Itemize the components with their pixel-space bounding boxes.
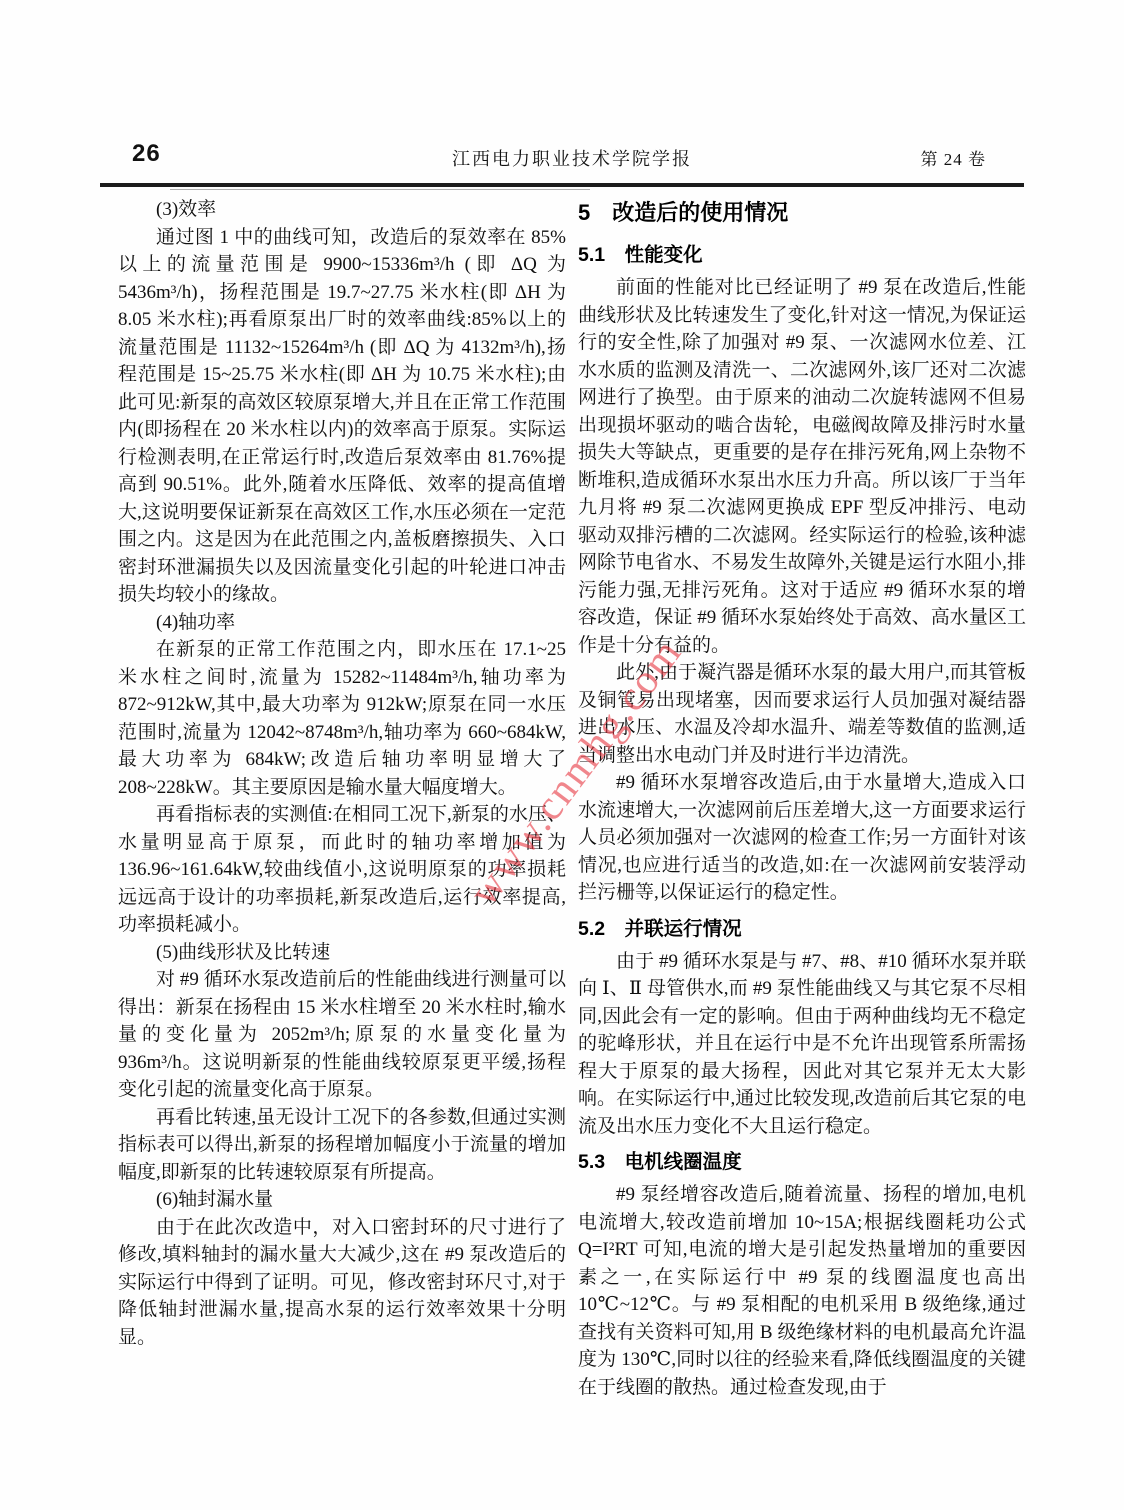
paragraph: 此外,由于凝汽器是循环水泵的最大用户,而其管板及铜管易出现堵塞，因而要求运行人员…	[578, 659, 1026, 769]
subsection-label: (6)轴封漏水量	[118, 1186, 566, 1214]
paragraph: 通过图 1 中的曲线可知，改造后的泵效率在 85%以上的流量范围是 9900~1…	[118, 224, 566, 609]
paragraph: 由于 #9 循环水泵是与 #7、#8、#10 循环水泵并联向 Ⅰ、Ⅱ 母管供水,…	[578, 948, 1026, 1141]
paragraph: 由于在此次改造中，对入口密封环的尺寸进行了修改,填料轴封的漏水量大大减少,这在 …	[118, 1214, 566, 1352]
header-rule	[100, 183, 1024, 187]
subsection-heading: 5.3 电机线圈温度	[578, 1149, 1026, 1175]
subsection-label: (5)曲线形状及比转速	[118, 939, 566, 967]
volume-label: 第 24 卷	[921, 145, 987, 170]
article-body: (3)效率 通过图 1 中的曲线可知，改造后的泵效率在 85%以上的流量范围是 …	[118, 196, 1026, 1401]
subsection-heading: 5.1 性能变化	[578, 242, 1026, 268]
paragraph: #9 循环水泵增容改造后,由于水量增大,造成入口水流速增大,一次滤网前后压差增大…	[578, 769, 1026, 907]
section-heading: 5 改造后的使用情况	[578, 198, 1026, 228]
subsection-label: (4)轴功率	[118, 609, 566, 637]
paragraph: 在新泵的正常工作范围之内，即水压在 17.1~25 米水柱之间时,流量为 152…	[118, 636, 566, 801]
left-column: (3)效率 通过图 1 中的曲线可知，改造后的泵效率在 85%以上的流量范围是 …	[118, 196, 566, 1401]
paragraph: 再看指标表的实测值:在相同工况下,新泵的水压、水量明显高于原泵，而此时的轴功率增…	[118, 801, 566, 939]
paragraph: 前面的性能对比已经证明了 #9 泵在改造后,性能曲线形状及比转速发生了变化,针对…	[578, 274, 1026, 659]
journal-title: 江西电力职业技术学院学报	[118, 145, 1026, 171]
paragraph: 对 #9 循环水泵改造前后的性能曲线进行测量可以得出：新泵在扬程由 15 米水柱…	[118, 966, 566, 1104]
paragraph: 再看比转速,虽无设计工况下的各参数,但通过实测指标表可以得出,新泵的扬程增加幅度…	[118, 1104, 566, 1187]
paragraph: #9 泵经增容改造后,随着流量、扬程的增加,电机电流增大,较改造前增加 10~1…	[578, 1181, 1026, 1401]
subsection-label: (3)效率	[118, 196, 566, 224]
right-column: 5 改造后的使用情况 5.1 性能变化 前面的性能对比已经证明了 #9 泵在改造…	[578, 196, 1026, 1401]
subsection-heading: 5.2 并联运行情况	[578, 916, 1026, 942]
page-header: 26 江西电力职业技术学院学报 第 24 卷	[118, 140, 1026, 176]
journal-page: 26 江西电力职业技术学院学报 第 24 卷 (3)效率 通过图 1 中的曲线可…	[0, 0, 1124, 1510]
